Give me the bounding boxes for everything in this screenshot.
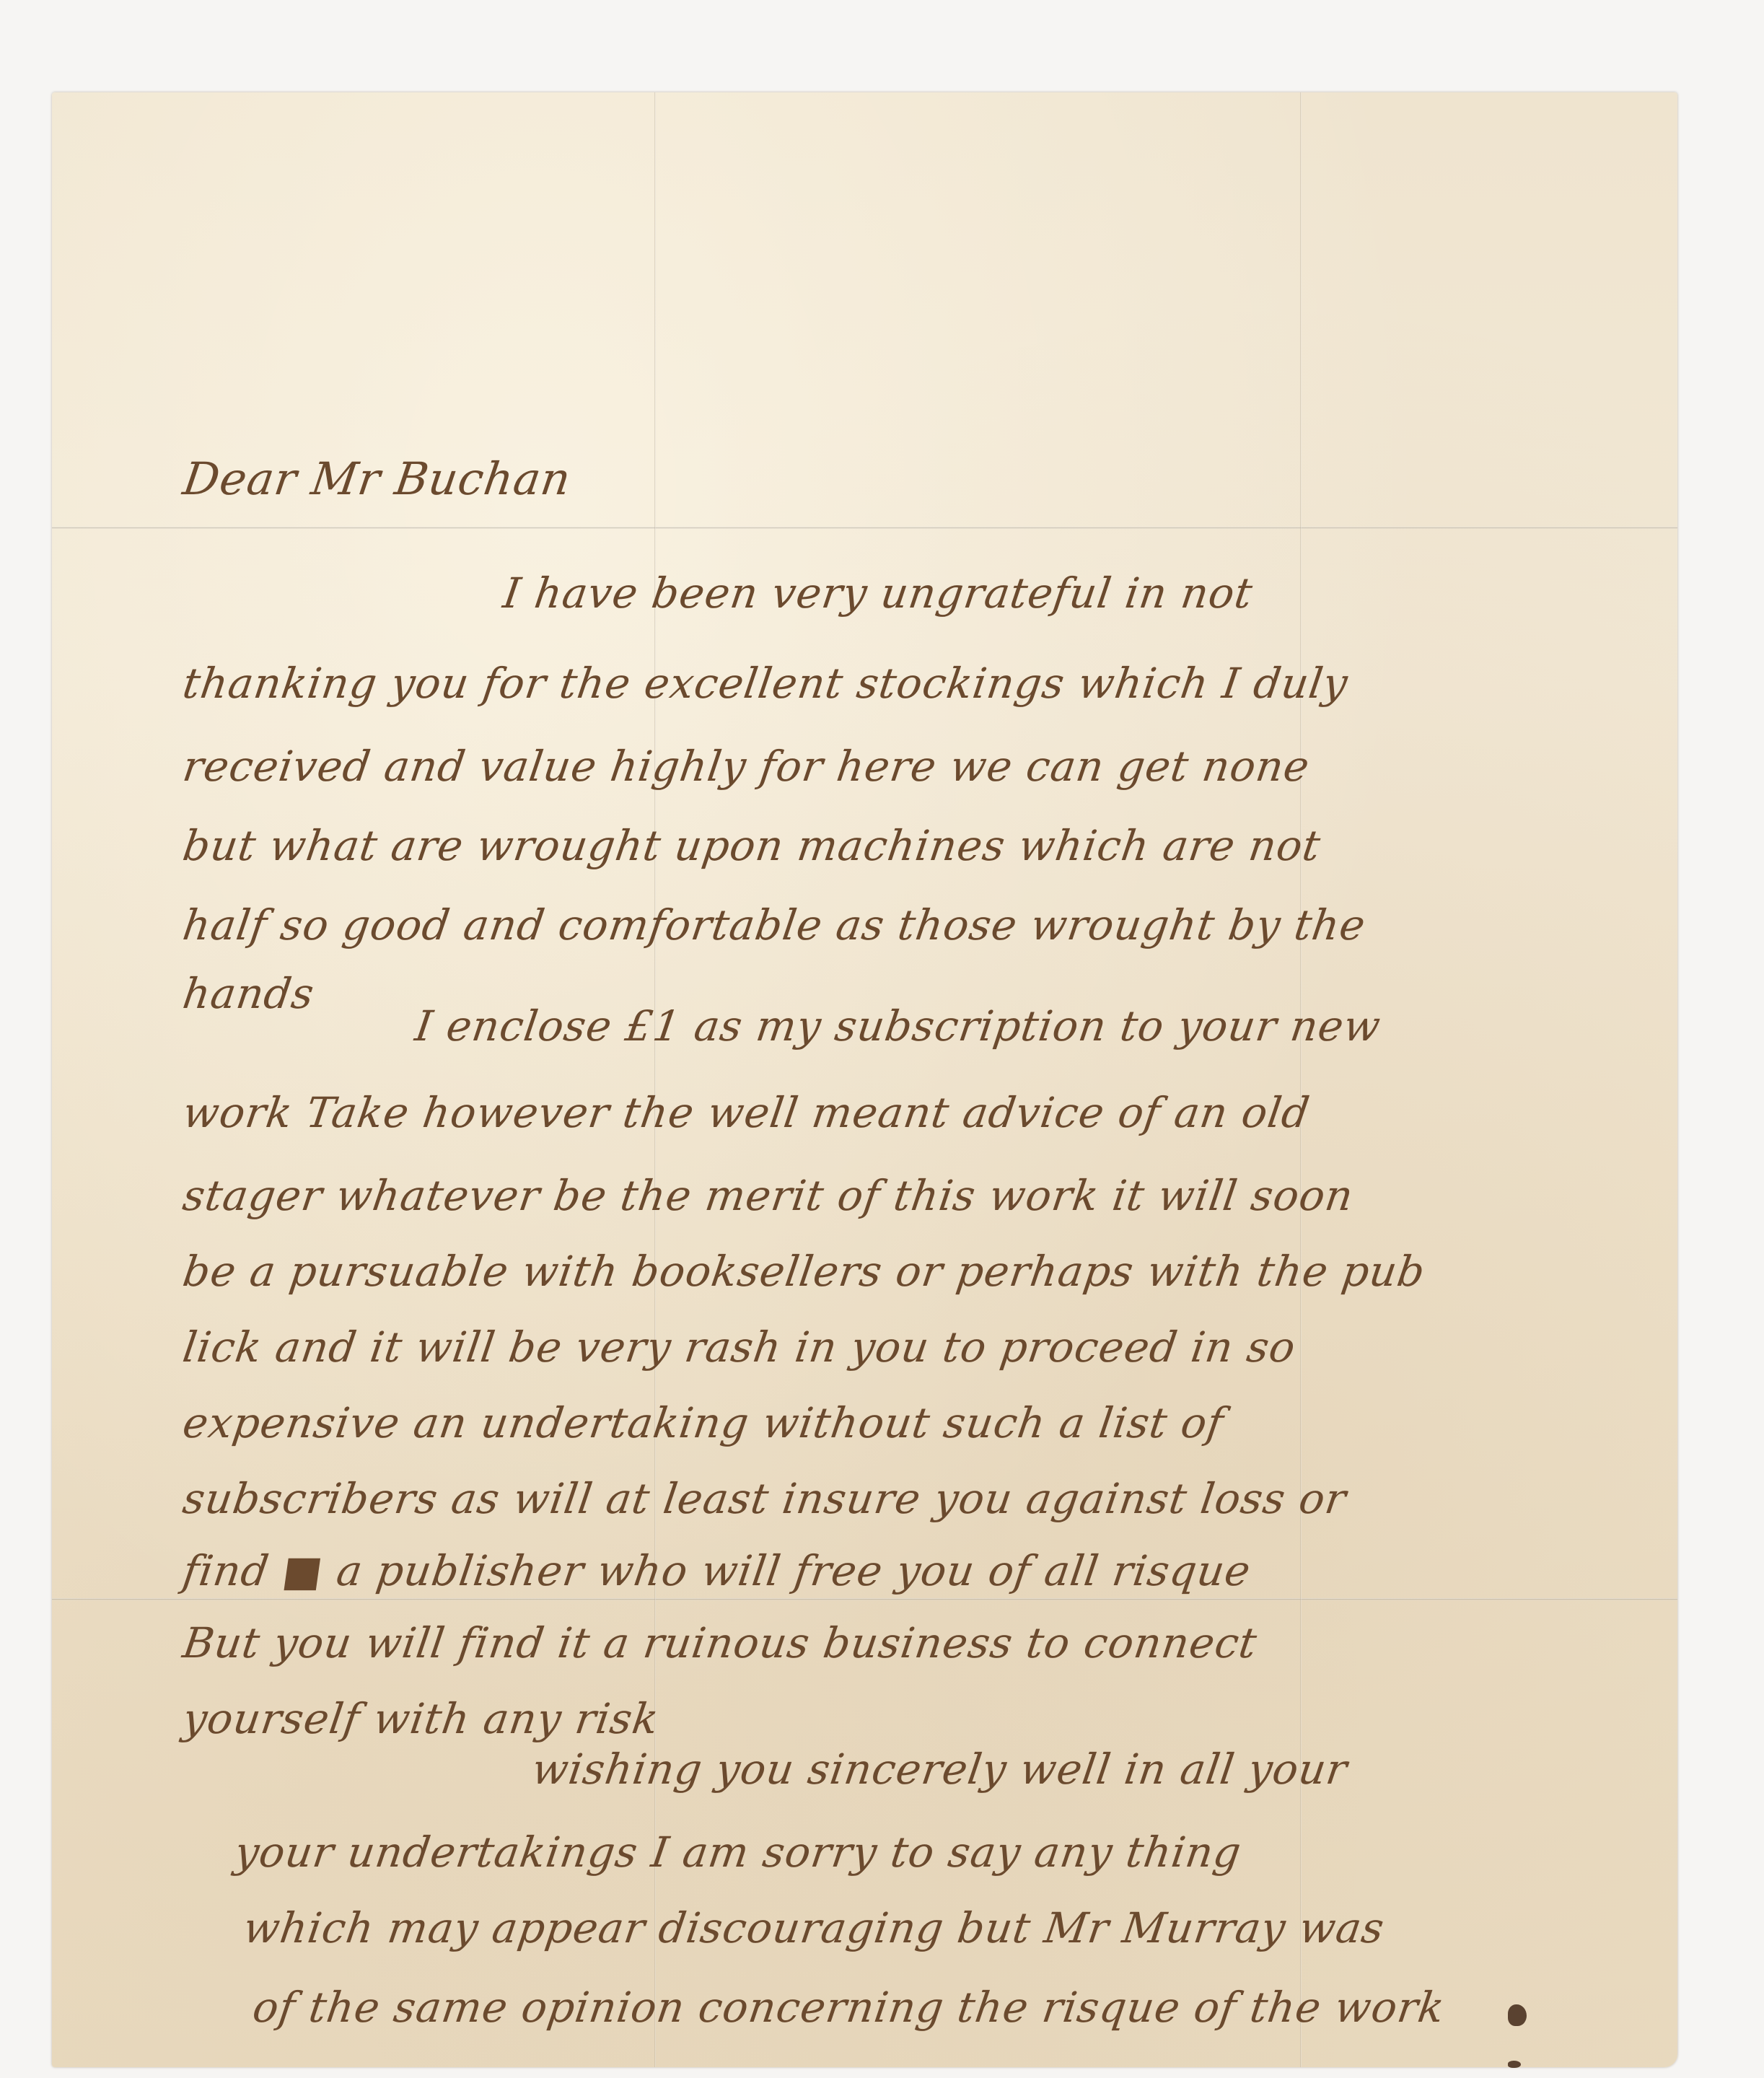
letter-line: which may appear discouraging but Mr Mur… — [241, 1907, 1387, 1949]
letter-line: half so good and comfortable as those wr… — [180, 904, 1369, 946]
letter-line: hands — [180, 973, 317, 1014]
letter-line: subscribers as will at least insure you … — [180, 1478, 1349, 1520]
letter-line: your undertakings I am sorry to say any … — [232, 1831, 1244, 1873]
letter-line: I enclose £1 as my subscription to your … — [413, 1005, 1384, 1047]
letter-line: received and value highly for here we ca… — [180, 745, 1312, 787]
letter-line: wishing you sincerely well in all your — [530, 1748, 1350, 1790]
letter-body: Dear Mr Buchan I have been very ungratef… — [52, 92, 1677, 2067]
letter-line: stager whatever be the merit of this wor… — [180, 1175, 1356, 1216]
letter-line: but what are wrought upon machines which… — [180, 825, 1323, 867]
letter-line: But you will find it a ruinous business … — [180, 1622, 1260, 1664]
letter-line: work Take however the well meant advice … — [180, 1092, 1312, 1134]
letter-paper: Dear Mr Buchan I have been very ungratef… — [52, 92, 1677, 2067]
letter-line: lick and it will be very rash in you to … — [180, 1326, 1299, 1368]
letter-greeting: Dear Mr Buchan — [180, 457, 574, 501]
letter-line: thanking you for the excellent stockings… — [180, 662, 1351, 704]
letter-line: of the same opinion concerning the risqu… — [250, 1986, 1447, 2028]
letter-line: be a pursuable with booksellers or perha… — [180, 1250, 1428, 1292]
letter-line: find ■ a publisher who will free you of … — [180, 1550, 1253, 1592]
letter-line: expensive an undertaking without such a … — [180, 1402, 1227, 1444]
letter-line: yourself with any risk — [180, 1698, 662, 1740]
letter-line: I have been very ungrateful in not — [501, 572, 1255, 614]
